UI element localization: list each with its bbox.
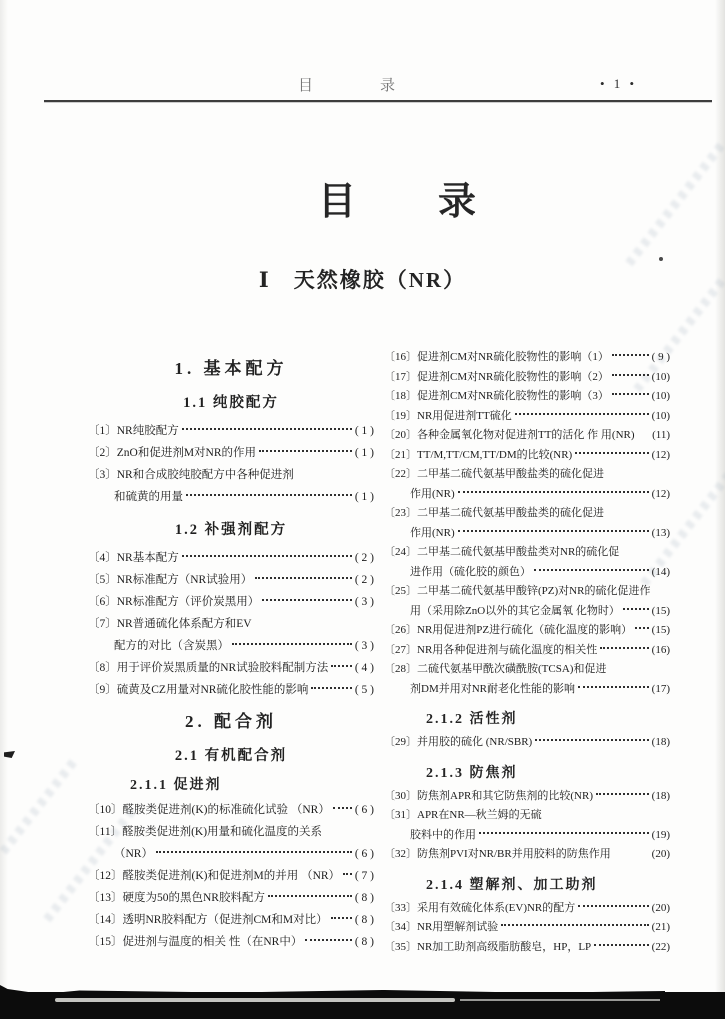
- dot-leader: [186, 494, 352, 496]
- dot-leader: [262, 599, 352, 601]
- toc-entry: 〔23〕二甲基二硫代氨基甲酸盐类的硫化促进作用(NR)(13): [384, 504, 670, 543]
- dot-leader: [578, 905, 648, 907]
- toc-entry-page: ( 1 ): [355, 486, 374, 508]
- toc-columns: 1. 基本配方1.1 纯胶配方〔1〕NR纯胶配方( 1 )〔2〕ZnO和促进剂M…: [88, 348, 670, 957]
- toc-entry-line: 〔31〕APR在NR—秋兰姆的无硫: [384, 806, 670, 826]
- toc-entry-text: 〔30〕防焦剂APR和其它防焦剂的比较(NR): [384, 787, 593, 807]
- toc-entry-line: 〔25〕二甲基二硫代氨基甲酸锌(PZ)对NR的硫化促进作: [384, 582, 670, 602]
- toc-heading: 2.1.1 促进剂: [88, 774, 374, 794]
- toc-entry-text: 〔5〕NR标准配方（NR试验用）: [88, 569, 252, 591]
- toc-heading: 2.1 有机配合剂: [88, 744, 374, 765]
- toc-entry-text: 〔34〕NR用塑解剂试验: [384, 918, 498, 938]
- toc-entry-page: (10): [652, 387, 670, 407]
- toc-entry: 〔16〕促进剂CM对NR硫化胶物性的影响（1）( 9 ): [384, 348, 670, 368]
- toc-entry-line: 〔14〕透明NR胶料配方（促进剂CM和M对比）( 8 ): [88, 909, 374, 931]
- scan-band-streak: [55, 998, 455, 1002]
- toc-entry-text: 〔21〕TT/M,TT/CM,TT/DM的比较(NR): [384, 446, 572, 466]
- toc-entry-page: (22): [652, 938, 670, 958]
- toc-entry-page: (10): [652, 368, 670, 388]
- toc-entry: 〔30〕防焦剂APR和其它防焦剂的比较(NR)(18): [384, 787, 670, 807]
- toc-entry-page: (12): [652, 485, 670, 505]
- toc-entry-text: （NR）: [114, 843, 153, 865]
- toc-entry-line: （NR）( 6 ): [88, 843, 374, 865]
- toc-entry-text: 〔33〕采用有效硫化体系(EV)NR的配方: [384, 899, 575, 919]
- toc-entry-line: 配方的对比（含炭黑）( 3 ): [88, 635, 374, 657]
- toc-entry-line: 作用(NR)(13): [384, 524, 670, 544]
- dot-leader: [182, 555, 352, 557]
- toc-entry-line: 〔18〕促进剂CM对NR硫化胶物性的影响（3）(10): [384, 387, 670, 407]
- dot-leader: [479, 832, 649, 834]
- toc-entry-line: 作用(NR)(12): [384, 485, 670, 505]
- toc-entry: 〔6〕NR标准配方（评价炭黑用）( 3 ): [88, 591, 374, 613]
- toc-entry-line: 〔16〕促进剂CM对NR硫化胶物性的影响（1）( 9 ): [384, 348, 670, 368]
- toc-entry-text: 〔13〕硬度为50的黑色NR胶料配方: [88, 887, 265, 909]
- dot-leader: [331, 665, 352, 667]
- toc-entry: 〔3〕NR和合成胶纯胶配方中各种促进剂和硫黄的用量( 1 ): [88, 464, 374, 508]
- toc-entry-page: (11): [652, 426, 670, 446]
- dot-leader: [458, 491, 649, 493]
- toc-entry: 〔2〕ZnO和促进剂M对NR的作用( 1 ): [88, 442, 374, 464]
- toc-entry: 〔9〕硫黄及CZ用量对NR硫化胶性能的影响( 5 ): [88, 679, 374, 701]
- toc-entry-line: 〔23〕二甲基二硫代氨基甲酸盐类的硫化促进: [384, 504, 670, 524]
- dot-leader: [612, 354, 649, 356]
- toc-entry-text: 〔22〕二甲基二硫代氨基甲酸盐类的硫化促进: [384, 465, 604, 485]
- page-title: 目 录: [318, 170, 498, 225]
- toc-entry-text: 作用(NR): [410, 485, 455, 505]
- toc-entry: 〔12〕醛胺类促进剂(K)和促进剂M的并用 （NR）( 7 ): [88, 865, 374, 887]
- dot-leader: [501, 924, 648, 926]
- toc-entry-page: ( 2 ): [355, 569, 374, 591]
- toc-entry: 〔32〕防焦剂PVI对NR/BR并用胶料的防焦作用(20): [384, 845, 670, 865]
- toc-entry-text: 配方的对比（含炭黑）: [114, 635, 229, 657]
- scan-edge-left: [0, 0, 8, 1019]
- toc-entry-text: 进作用（硫化胶的颜色）: [410, 563, 531, 583]
- toc-entry-line: 〔34〕NR用塑解剂试验(21): [384, 918, 670, 938]
- dot-leader: [333, 807, 352, 809]
- toc-heading: 1. 基本配方: [88, 354, 374, 379]
- toc-entry-line: 和硫黄的用量( 1 ): [88, 486, 374, 508]
- toc-entry-line: 〔13〕硬度为50的黑色NR胶料配方( 8 ): [88, 887, 374, 909]
- toc-entry: 〔5〕NR标准配方（NR试验用）( 2 ): [88, 569, 374, 591]
- toc-entry-text: 〔9〕硫黄及CZ用量对NR硫化胶性能的影响: [88, 679, 308, 701]
- toc-entry-text: 〔31〕APR在NR—秋兰姆的无硫: [384, 806, 542, 826]
- toc-heading: 2.1.2 活性剂: [384, 708, 670, 728]
- toc-entry-line: 〔33〕采用有效硫化体系(EV)NR的配方(20): [384, 899, 670, 919]
- toc-entry-page: ( 4 ): [355, 657, 374, 679]
- header-rule: [44, 100, 712, 102]
- toc-entry-line: 〔22〕二甲基二硫代氨基甲酸盐类的硫化促进: [384, 465, 670, 485]
- toc-entry-page: ( 5 ): [355, 679, 374, 701]
- toc-entry-page: (15): [652, 602, 670, 622]
- toc-entry-text: 〔17〕促进剂CM对NR硫化胶物性的影响（2）: [384, 368, 609, 388]
- toc-entry-text: 〔32〕防焦剂PVI对NR/BR并用胶料的防焦作用: [384, 845, 611, 865]
- toc-entry-page: ( 8 ): [355, 931, 374, 953]
- toc-entry-line: 〔28〕二硫代氨基甲酰次磺酰胺(TCSA)和促进: [384, 660, 670, 680]
- toc-entry-text: 〔23〕二甲基二硫代氨基甲酸盐类的硫化促进: [384, 504, 604, 524]
- toc-entry-text: 和硫黄的用量: [114, 486, 183, 508]
- toc-entry-page: ( 6 ): [355, 843, 374, 865]
- toc-entry-line: 〔21〕TT/M,TT/CM,TT/DM的比较(NR)(12): [384, 446, 670, 466]
- toc-entry-text: 〔26〕NR用促进剂PZ进行硫化（硫化温度的影响）: [384, 621, 632, 641]
- toc-entry-line: 〔32〕防焦剂PVI对NR/BR并用胶料的防焦作用(20): [384, 845, 670, 865]
- toc-entry-page: ( 1 ): [355, 442, 374, 464]
- toc-entry-text: 胶料中的作用: [410, 826, 476, 846]
- toc-entry: 〔14〕透明NR胶料配方（促进剂CM和M对比）( 8 ): [88, 909, 374, 931]
- toc-entry: 〔7〕NR普通硫化体系配方和EV配方的对比（含炭黑）( 3 ): [88, 613, 374, 657]
- toc-entry-page: (18): [652, 733, 670, 753]
- toc-entry-text: 〔20〕各种金属氧化物对促进剂TT的活化 作 用(NR): [384, 426, 635, 446]
- toc-entry-line: 〔12〕醛胺类促进剂(K)和促进剂M的并用 （NR）( 7 ): [88, 865, 374, 887]
- toc-entry-text: 〔14〕透明NR胶料配方（促进剂CM和M对比）: [88, 909, 328, 931]
- toc-entry-text: 〔18〕促进剂CM对NR硫化胶物性的影响（3）: [384, 387, 609, 407]
- toc-entry-text: 〔8〕用于评价炭黑质量的NR试验胶料配制方法: [88, 657, 328, 679]
- toc-entry-text: 〔29〕并用胶的硫化 (NR/SBR): [384, 733, 532, 753]
- toc-column-2: 〔16〕促进剂CM对NR硫化胶物性的影响（1）( 9 )〔17〕促进剂CM对NR…: [384, 348, 670, 957]
- toc-entry: 〔19〕NR用促进剂TT硫化(10): [384, 407, 670, 427]
- toc-entry-text: 〔2〕ZnO和促进剂M对NR的作用: [88, 442, 256, 464]
- toc-entry-text: 〔11〕醛胺类促进剂(K)用量和硫化温度的关系: [88, 821, 322, 843]
- toc-entry-line: 〔11〕醛胺类促进剂(K)用量和硫化温度的关系: [88, 821, 374, 843]
- toc-heading: 2.1.3 防焦剂: [384, 762, 670, 782]
- toc-entry-line: 〔30〕防焦剂APR和其它防焦剂的比较(NR)(18): [384, 787, 670, 807]
- toc-entry-page: (16): [652, 641, 670, 661]
- toc-entry-page: (21): [652, 918, 670, 938]
- toc-entry-text: 用（采用除ZnO以外的其它金属氧 化物时）: [410, 602, 620, 622]
- dot-leader: [534, 569, 649, 571]
- dot-leader: [612, 374, 649, 376]
- toc-entry: 〔10〕醛胺类促进剂(K)的标准硫化试验 （NR）( 6 ): [88, 799, 374, 821]
- toc-entry-line: 〔5〕NR标准配方（NR试验用）( 2 ): [88, 569, 374, 591]
- toc-entry-line: 〔26〕NR用促进剂PZ进行硫化（硫化温度的影响）(15): [384, 621, 670, 641]
- toc-heading: 2. 配合剂: [88, 707, 374, 732]
- toc-entry: 〔15〕促进剂与温度的相关 性（在NR中）( 8 ): [88, 931, 374, 953]
- toc-entry-line: 〔6〕NR标准配方（评价炭黑用）( 3 ): [88, 591, 374, 613]
- toc-entry: 〔8〕用于评价炭黑质量的NR试验胶料配制方法( 4 ): [88, 657, 374, 679]
- toc-entry: 〔31〕APR在NR—秋兰姆的无硫胶料中的作用(19): [384, 806, 670, 845]
- toc-entry-page: ( 6 ): [355, 799, 374, 821]
- dot-leader: [331, 917, 352, 919]
- scan-watermark: [0, 754, 80, 854]
- toc-entry-text: 〔28〕二硫代氨基甲酰次磺酰胺(TCSA)和促进: [384, 660, 606, 680]
- dot-leader: [182, 428, 352, 430]
- toc-entry-line: 〔9〕硫黄及CZ用量对NR硫化胶性能的影响( 5 ): [88, 679, 374, 701]
- toc-entry-line: 〔8〕用于评价炭黑质量的NR试验胶料配制方法( 4 ): [88, 657, 374, 679]
- toc-heading: 1.1 纯胶配方: [88, 391, 374, 412]
- toc-entry-text: 〔19〕NR用促进剂TT硫化: [384, 407, 512, 427]
- dot-leader: [268, 895, 352, 897]
- toc-entry-text: 〔12〕醛胺类促进剂(K)和促进剂M的并用 （NR）: [88, 865, 340, 887]
- toc-entry: 〔18〕促进剂CM对NR硫化胶物性的影响（3）(10): [384, 387, 670, 407]
- toc-entry-text: 〔4〕NR基本配方: [88, 547, 179, 569]
- toc-entry-page: (10): [652, 407, 670, 427]
- toc-entry: 〔33〕采用有效硫化体系(EV)NR的配方(20): [384, 899, 670, 919]
- toc-entry-line: 〔17〕促进剂CM对NR硫化胶物性的影响（2）(10): [384, 368, 670, 388]
- toc-entry-page: (12): [652, 446, 670, 466]
- toc-entry-line: 〔3〕NR和合成胶纯胶配方中各种促进剂: [88, 464, 374, 486]
- running-header-page-number: • 1 •: [600, 76, 637, 92]
- toc-entry-text: 〔25〕二甲基二硫代氨基甲酸锌(PZ)对NR的硫化促进作: [384, 582, 650, 602]
- dot-leader: [458, 530, 649, 532]
- toc-entry-page: (20): [652, 845, 670, 865]
- dot-leader: [635, 627, 649, 629]
- toc-entry-text: 剂DM并用对NR耐老化性能的影响: [410, 680, 575, 700]
- toc-entry-text: 〔35〕NR加工助剂高级脂肪酸皂，HP，LP: [384, 938, 591, 958]
- toc-entry-text: 〔3〕NR和合成胶纯胶配方中各种促进剂: [88, 464, 294, 486]
- toc-entry-page: ( 1 ): [355, 420, 374, 442]
- toc-entry: 〔4〕NR基本配方( 2 ): [88, 547, 374, 569]
- toc-entry-line: 〔35〕NR加工助剂高级脂肪酸皂，HP，LP(22): [384, 938, 670, 958]
- dot-leader: [343, 873, 352, 875]
- toc-entry-page: (17): [652, 680, 670, 700]
- toc-entry-line: 用（采用除ZnO以外的其它金属氧 化物时）(15): [384, 602, 670, 622]
- toc-entry-line: 〔29〕并用胶的硫化 (NR/SBR)(18): [384, 733, 670, 753]
- toc-entry-line: 〔15〕促进剂与温度的相关 性（在NR中）( 8 ): [88, 931, 374, 953]
- toc-entry-line: 剂DM并用对NR耐老化性能的影响(17): [384, 680, 670, 700]
- scan-speck: [659, 257, 663, 261]
- toc-entry: 〔11〕醛胺类促进剂(K)用量和硫化温度的关系（NR）( 6 ): [88, 821, 374, 865]
- toc-entry-line: 〔27〕NR用各种促进剂与硫化温度的相关性(16): [384, 641, 670, 661]
- toc-entry: 〔21〕TT/M,TT/CM,TT/DM的比较(NR)(12): [384, 446, 670, 466]
- toc-entry-text: 作用(NR): [410, 524, 455, 544]
- toc-entry-line: 〔19〕NR用促进剂TT硫化(10): [384, 407, 670, 427]
- toc-column-1: 1. 基本配方1.1 纯胶配方〔1〕NR纯胶配方( 1 )〔2〕ZnO和促进剂M…: [88, 348, 374, 957]
- toc-entry-text: 〔15〕促进剂与温度的相关 性（在NR中）: [88, 931, 302, 953]
- dot-leader: [232, 643, 352, 645]
- toc-entry-page: ( 3 ): [355, 591, 374, 613]
- toc-entry-text: 〔27〕NR用各种促进剂与硫化温度的相关性: [384, 641, 597, 661]
- toc-entry-page: (19): [652, 826, 670, 846]
- toc-entry: 〔13〕硬度为50的黑色NR胶料配方( 8 ): [88, 887, 374, 909]
- dot-leader: [578, 686, 649, 688]
- toc-entry-line: 〔7〕NR普通硫化体系配方和EV: [88, 613, 374, 635]
- dot-leader: [575, 452, 648, 454]
- dot-leader: [255, 577, 352, 579]
- toc-entry-text: 〔16〕促进剂CM对NR硫化胶物性的影响（1）: [384, 348, 609, 368]
- dot-leader: [596, 793, 649, 795]
- dot-leader: [594, 944, 648, 946]
- dot-leader: [311, 687, 351, 689]
- toc-entry: 〔35〕NR加工助剂高级脂肪酸皂，HP，LP(22): [384, 938, 670, 958]
- dot-leader: [259, 450, 352, 452]
- toc-entry-text: 〔10〕醛胺类促进剂(K)的标准硫化试验 （NR）: [88, 799, 330, 821]
- toc-entry: 〔26〕NR用促进剂PZ进行硫化（硫化温度的影响）(15): [384, 621, 670, 641]
- toc-entry: 〔25〕二甲基二硫代氨基甲酸锌(PZ)对NR的硫化促进作用（采用除ZnO以外的其…: [384, 582, 670, 621]
- toc-heading: 2.1.4 塑解剂、加工助剂: [384, 874, 670, 894]
- dot-leader: [600, 647, 648, 649]
- scan-band-bottom: [0, 992, 725, 1019]
- toc-entry: 〔27〕NR用各种促进剂与硫化温度的相关性(16): [384, 641, 670, 661]
- dot-leader: [535, 739, 648, 741]
- toc-entry-line: 〔20〕各种金属氧化物对促进剂TT的活化 作 用(NR)(11): [384, 426, 670, 446]
- toc-entry-page: ( 8 ): [355, 887, 374, 909]
- toc-entry-line: 〔24〕二甲基二硫代氨基甲酸盐类对NR的硫化促: [384, 543, 670, 563]
- scan-band-streak: [460, 999, 660, 1001]
- toc-entry: 〔1〕NR纯胶配方( 1 ): [88, 420, 374, 442]
- dot-leader: [623, 608, 649, 610]
- toc-entry: 〔29〕并用胶的硫化 (NR/SBR)(18): [384, 733, 670, 753]
- toc-entry-text: 〔1〕NR纯胶配方: [88, 420, 179, 442]
- toc-entry: 〔22〕二甲基二硫代氨基甲酸盐类的硫化促进作用(NR)(12): [384, 465, 670, 504]
- dot-leader: [515, 413, 649, 415]
- toc-heading: 1.2 补强剂配方: [88, 518, 374, 539]
- dot-leader: [612, 393, 649, 395]
- toc-entry: 〔17〕促进剂CM对NR硫化胶物性的影响（2）(10): [384, 368, 670, 388]
- toc-entry-page: ( 2 ): [355, 547, 374, 569]
- dot-leader: [305, 939, 351, 941]
- toc-entry-page: (13): [652, 524, 670, 544]
- toc-entry: 〔34〕NR用塑解剂试验(21): [384, 918, 670, 938]
- toc-entry-page: ( 3 ): [355, 635, 374, 657]
- toc-entry-page: ( 7 ): [355, 865, 374, 887]
- toc-entry-page: ( 9 ): [652, 348, 670, 368]
- toc-entry: 〔20〕各种金属氧化物对促进剂TT的活化 作 用(NR)(11): [384, 426, 670, 446]
- dot-leader: [156, 851, 352, 853]
- toc-entry-page: (18): [652, 787, 670, 807]
- toc-entry: 〔24〕二甲基二硫代氨基甲酸盐类对NR的硫化促进作用（硫化胶的颜色）(14): [384, 543, 670, 582]
- toc-entry-text: 〔24〕二甲基二硫代氨基甲酸盐类对NR的硫化促: [384, 543, 619, 563]
- toc-entry-line: 〔2〕ZnO和促进剂M对NR的作用( 1 ): [88, 442, 374, 464]
- running-header-title: 目 录: [298, 74, 421, 95]
- toc-entry-page: (20): [652, 899, 670, 919]
- toc-entry-line: 胶料中的作用(19): [384, 826, 670, 846]
- toc-entry-text: 〔6〕NR标准配方（评价炭黑用）: [88, 591, 259, 613]
- toc-entry-page: ( 8 ): [355, 909, 374, 931]
- toc-entry-line: 〔10〕醛胺类促进剂(K)的标准硫化试验 （NR）( 6 ): [88, 799, 374, 821]
- part-heading: Ⅰ 天然橡胶（NR）: [0, 264, 725, 294]
- toc-entry-page: (14): [652, 563, 670, 583]
- toc-entry-line: 进作用（硫化胶的颜色）(14): [384, 563, 670, 583]
- toc-entry-line: 〔1〕NR纯胶配方( 1 ): [88, 420, 374, 442]
- toc-entry-text: 〔7〕NR普通硫化体系配方和EV: [88, 613, 252, 635]
- toc-entry-line: 〔4〕NR基本配方( 2 ): [88, 547, 374, 569]
- toc-entry-page: (15): [652, 621, 670, 641]
- toc-entry: 〔28〕二硫代氨基甲酰次磺酰胺(TCSA)和促进剂DM并用对NR耐老化性能的影响…: [384, 660, 670, 699]
- scan-watermark: [625, 143, 724, 267]
